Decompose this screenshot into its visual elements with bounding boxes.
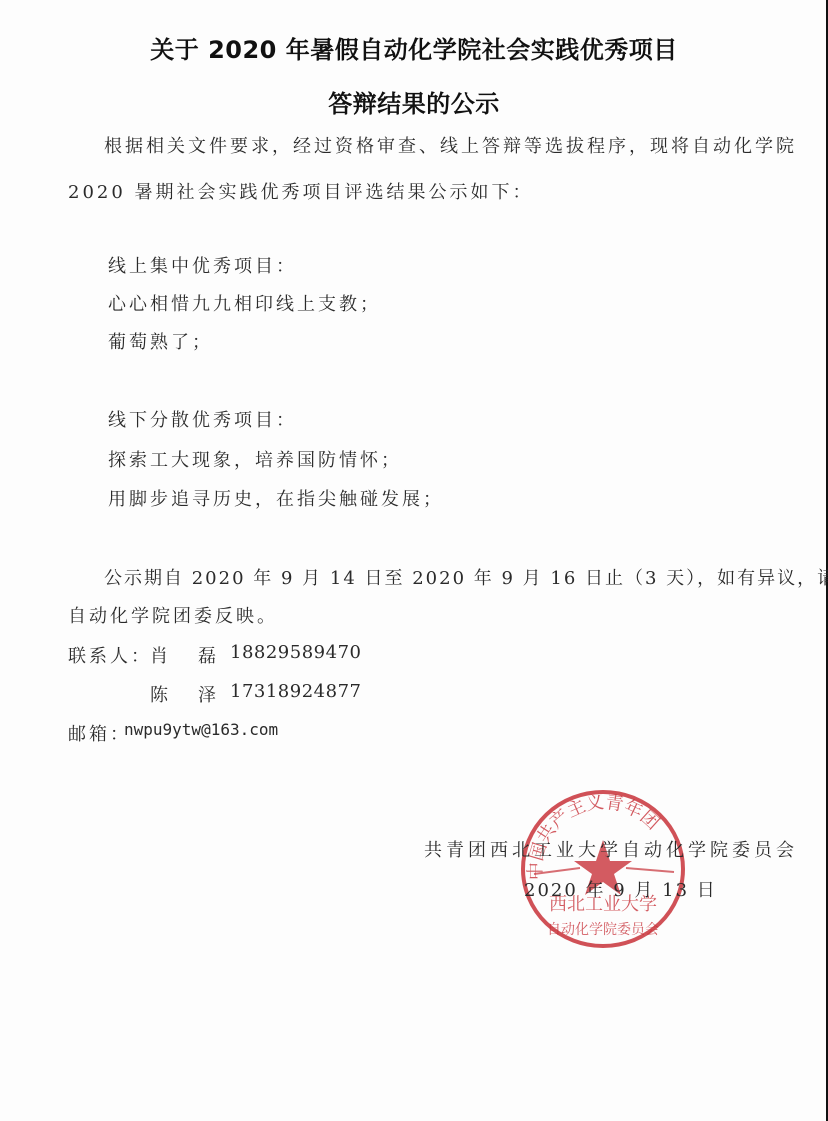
section-online-item: 心心相惜九九相印线上支教； [108,290,381,316]
notice-line2: 自动化学院团委反映。 [68,602,278,628]
email-address: nwpu9ytw@163.com [124,720,278,739]
section-offline-item: 用脚步追寻历史，在指尖触碰发展； [108,485,444,511]
contact-name: 肖 磊 [150,642,222,668]
contact-phone: 17318924877 [230,681,361,702]
section-offline-heading: 线下分散优秀项目： [108,406,297,432]
contact-phone: 18829589470 [230,642,361,663]
document-title-line1: 关于 2020 年暑假自动化学院社会实践优秀项目 [0,30,828,65]
signature-date: 2020 年 9 月 13 日 [524,876,717,902]
section-offline-item: 探索工大现象，培养国防情怀； [108,446,402,472]
document-title-line2: 答辩结果的公示 [0,84,828,119]
section-online-heading: 线上集中优秀项目： [108,252,297,278]
contact-name: 陈 泽 [150,681,222,707]
signature-organization: 共青团西北工业大学自动化学院委员会 [424,836,798,862]
notice-line1: 公示期自 2020 年 9 月 14 日至 2020 年 9 月 16 日止（3… [104,564,828,590]
email-label: 邮箱： [68,720,131,746]
intro-line1: 根据相关文件要求，经过资格审查、线上答辩等选拔程序，现将自动化学院 [104,132,797,158]
official-seal-stamp: 中国共产主义青年团 西北工业大学 自动化学院委员会 [518,788,688,950]
contacts-label: 联系人： [68,642,152,668]
section-online-item: 葡萄熟了； [108,328,213,354]
intro-line2: 2020 暑期社会实践优秀项目评选结果公示如下： [68,178,534,204]
stamp-bottom-text: 自动化学院委员会 [547,921,659,938]
